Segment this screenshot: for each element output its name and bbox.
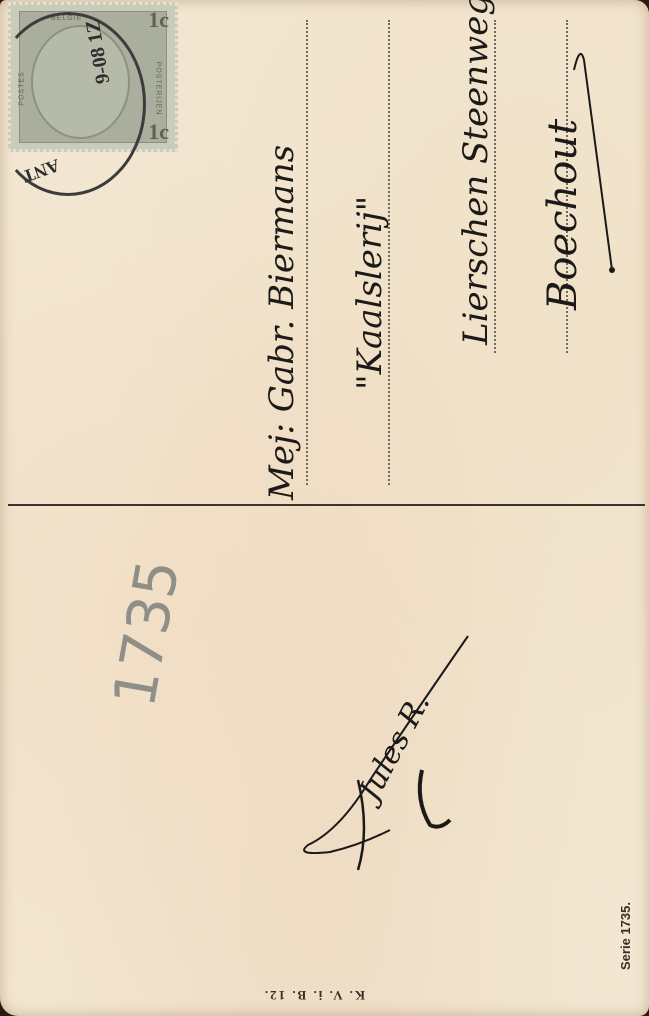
address-house: "Kaalslerij" [350,196,390,390]
address-line-1 [306,20,308,485]
publisher-code: K. V. i. B. 12. [263,987,365,1003]
signature: Jules R. [300,630,490,880]
address-street: Lierschen Steenweg [456,0,496,345]
address-recipient: Mej: Gabr. Biermans [262,145,302,500]
stamp-denomination-top: 1c [148,7,169,33]
city-underline-flourish [570,40,630,280]
pencil-annotation: 1735 [100,555,193,712]
stamp-right-text: POSTERIJEN [154,62,161,116]
postcard-back: BELGIE POSTES POSTERIJEN 1c 1c 9-08 1Z A… [0,0,649,1016]
stamp-denomination-bottom: 1c [148,119,169,145]
series-number: Serie 1735. [618,902,633,970]
divider-line [8,504,645,506]
